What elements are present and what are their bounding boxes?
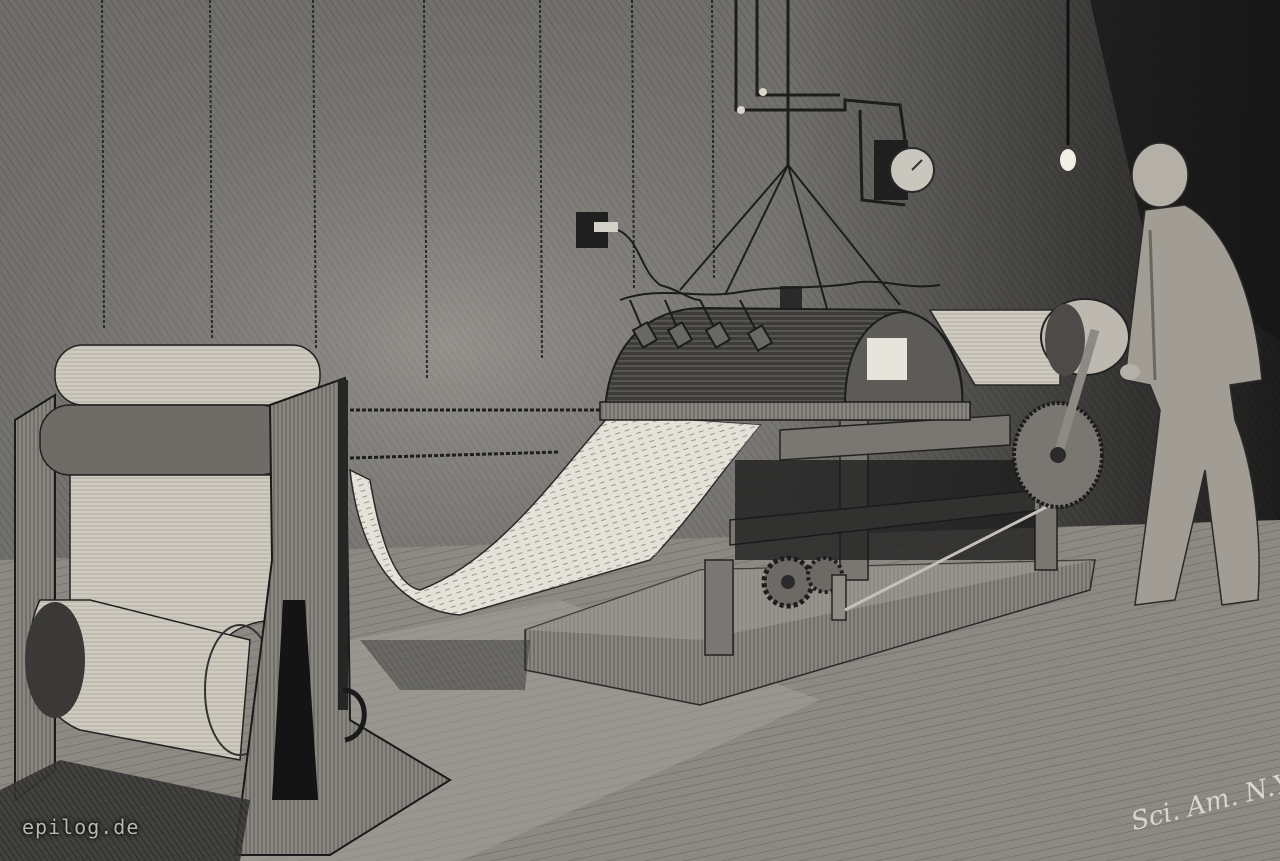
engraving-image: epilog.de Sci. Am. N.Y. Antique wood eng… [0, 0, 1280, 861]
watermark-text: epilog.de [22, 815, 139, 839]
engraving-scene [0, 0, 1280, 861]
